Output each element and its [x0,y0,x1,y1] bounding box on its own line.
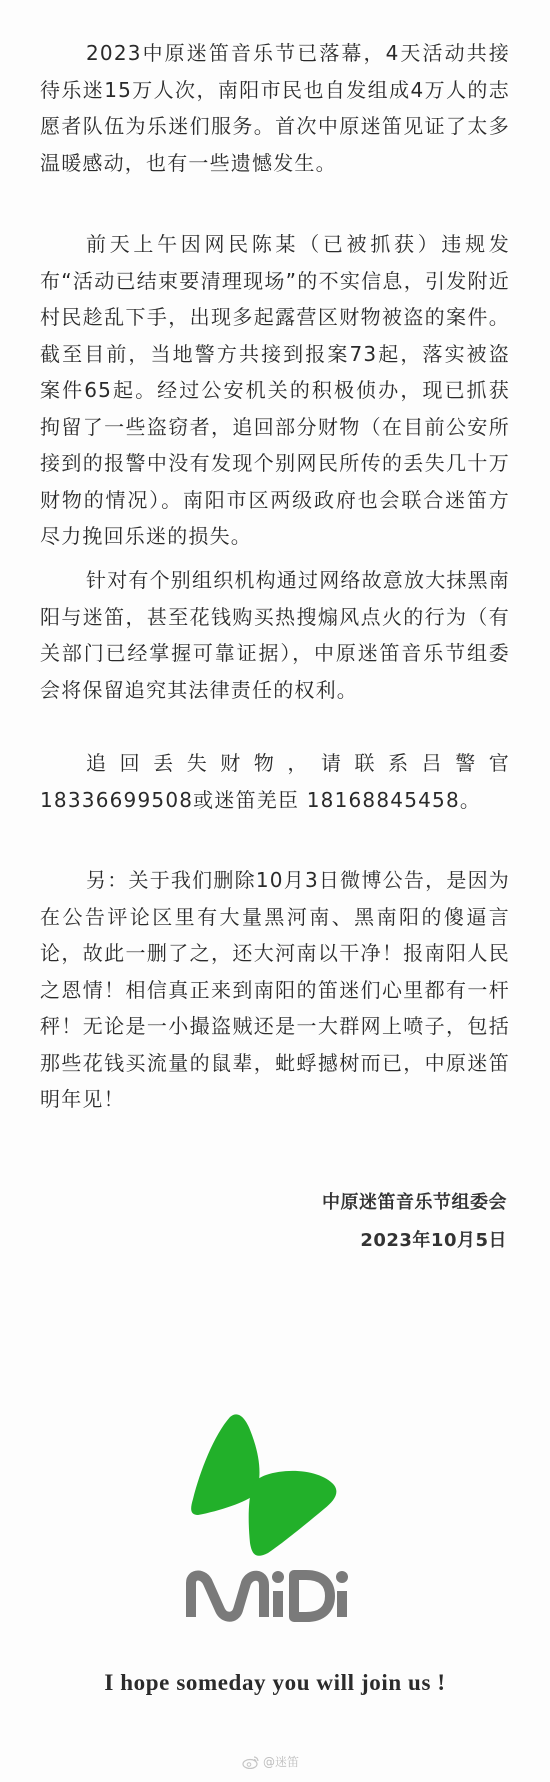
midi-wordmark [191,1575,342,1617]
paragraph-legal-warning: 针对有个别组织机构通过网络故意放大抹黑南阳与迷笛，甚至花钱购买热搜煽风点火的行为… [40,562,510,708]
weibo-icon [242,1755,260,1769]
weibo-watermark: @迷笛 [242,1753,299,1770]
butterfly-leaves-icon [180,1405,350,1625]
midi-logo [180,1405,350,1625]
paragraph-weibo-deletion: 另：关于我们删除10月3日微博公告，是因为在公告评论区里有大量黑河南、黑南阳的傻… [40,862,510,1118]
watermark-handle: @迷笛 [263,1753,299,1770]
signature-organization: 中原迷笛音乐节组委会 [322,1188,507,1214]
signature-date: 2023年10月5日 [360,1226,507,1252]
paragraph-theft-cases: 前天上午因网民陈某（已被抓获）违规发布“活动已结束要清理现场”的不实信息，引发附… [40,226,510,555]
paragraph-festival-summary: 2023中原迷笛音乐节已落幕，4天活动共接待乐迷15万人次，南阳市民也自发组成4… [40,35,510,181]
paragraph-contact-info: 追回丢失财物，请联系吕警官18336699508或迷笛羌臣 1816884545… [40,745,510,818]
slogan: I hope someday you will join us ! [0,1670,550,1696]
